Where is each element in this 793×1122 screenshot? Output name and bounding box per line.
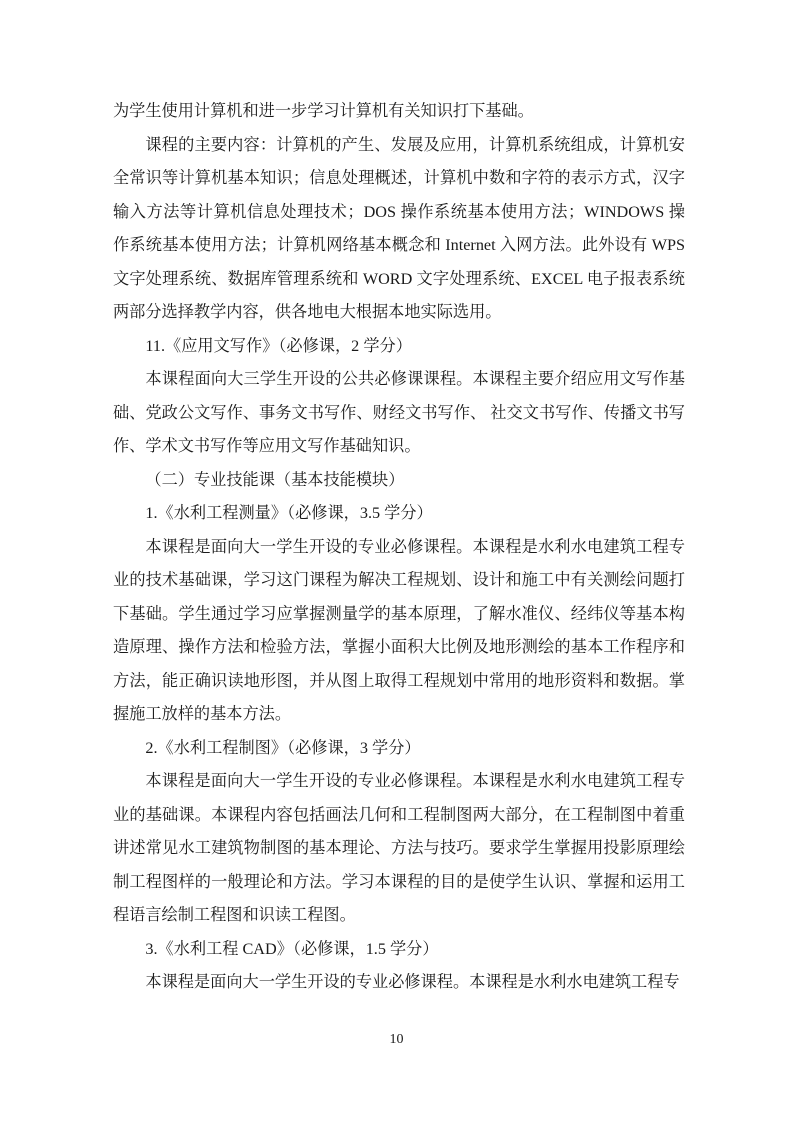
paragraph-applied-writing-description: 本课程面向大三学生开设的公共必修课课程。本课程主要介绍应用文写作基础、党政公文写… [113, 363, 685, 464]
paragraph-water-engineering-survey-description: 本课程是面向大一学生开设的专业必修课程。本课程是水利水电建筑工程专业的技术基础课… [113, 531, 685, 732]
paragraph-water-engineering-cad-description: 本课程是面向大一学生开设的专业必修课程。本课程是水利水电建筑工程专 [113, 966, 685, 1000]
paragraph-water-engineering-drawing-description: 本课程是面向大一学生开设的专业必修课程。本课程是水利水电建筑工程专业的基础课。本… [113, 765, 685, 933]
document-page: 为学生使用计算机和进一步学习计算机有关知识打下基础。 课程的主要内容：计算机的产… [0, 0, 793, 1122]
heading-course-2-water-engineering-drawing: 2.《水利工程制图》（必修课，3 学分） [113, 732, 685, 766]
heading-course-11-applied-writing: 11.《应用文写作》（必修课，2 学分） [113, 330, 685, 364]
heading-section-2-professional-skills: （二）专业技能课（基本技能模块） [113, 464, 685, 498]
page-number: 10 [0, 1031, 793, 1049]
paragraph-computer-course-main-content: 课程的主要内容：计算机的产生、发展及应用，计算机系统组成，计算机安全常识等计算机… [113, 129, 685, 330]
paragraph-computer-course-conclusion: 为学生使用计算机和进一步学习计算机有关知识打下基础。 [113, 95, 685, 129]
heading-course-1-water-engineering-survey: 1.《水利工程测量》（必修课，3.5 学分） [113, 497, 685, 531]
page-content: 为学生使用计算机和进一步学习计算机有关知识打下基础。 课程的主要内容：计算机的产… [113, 95, 685, 1000]
heading-course-3-water-engineering-cad: 3.《水利工程 CAD》（必修课，1.5 学分） [113, 933, 685, 967]
